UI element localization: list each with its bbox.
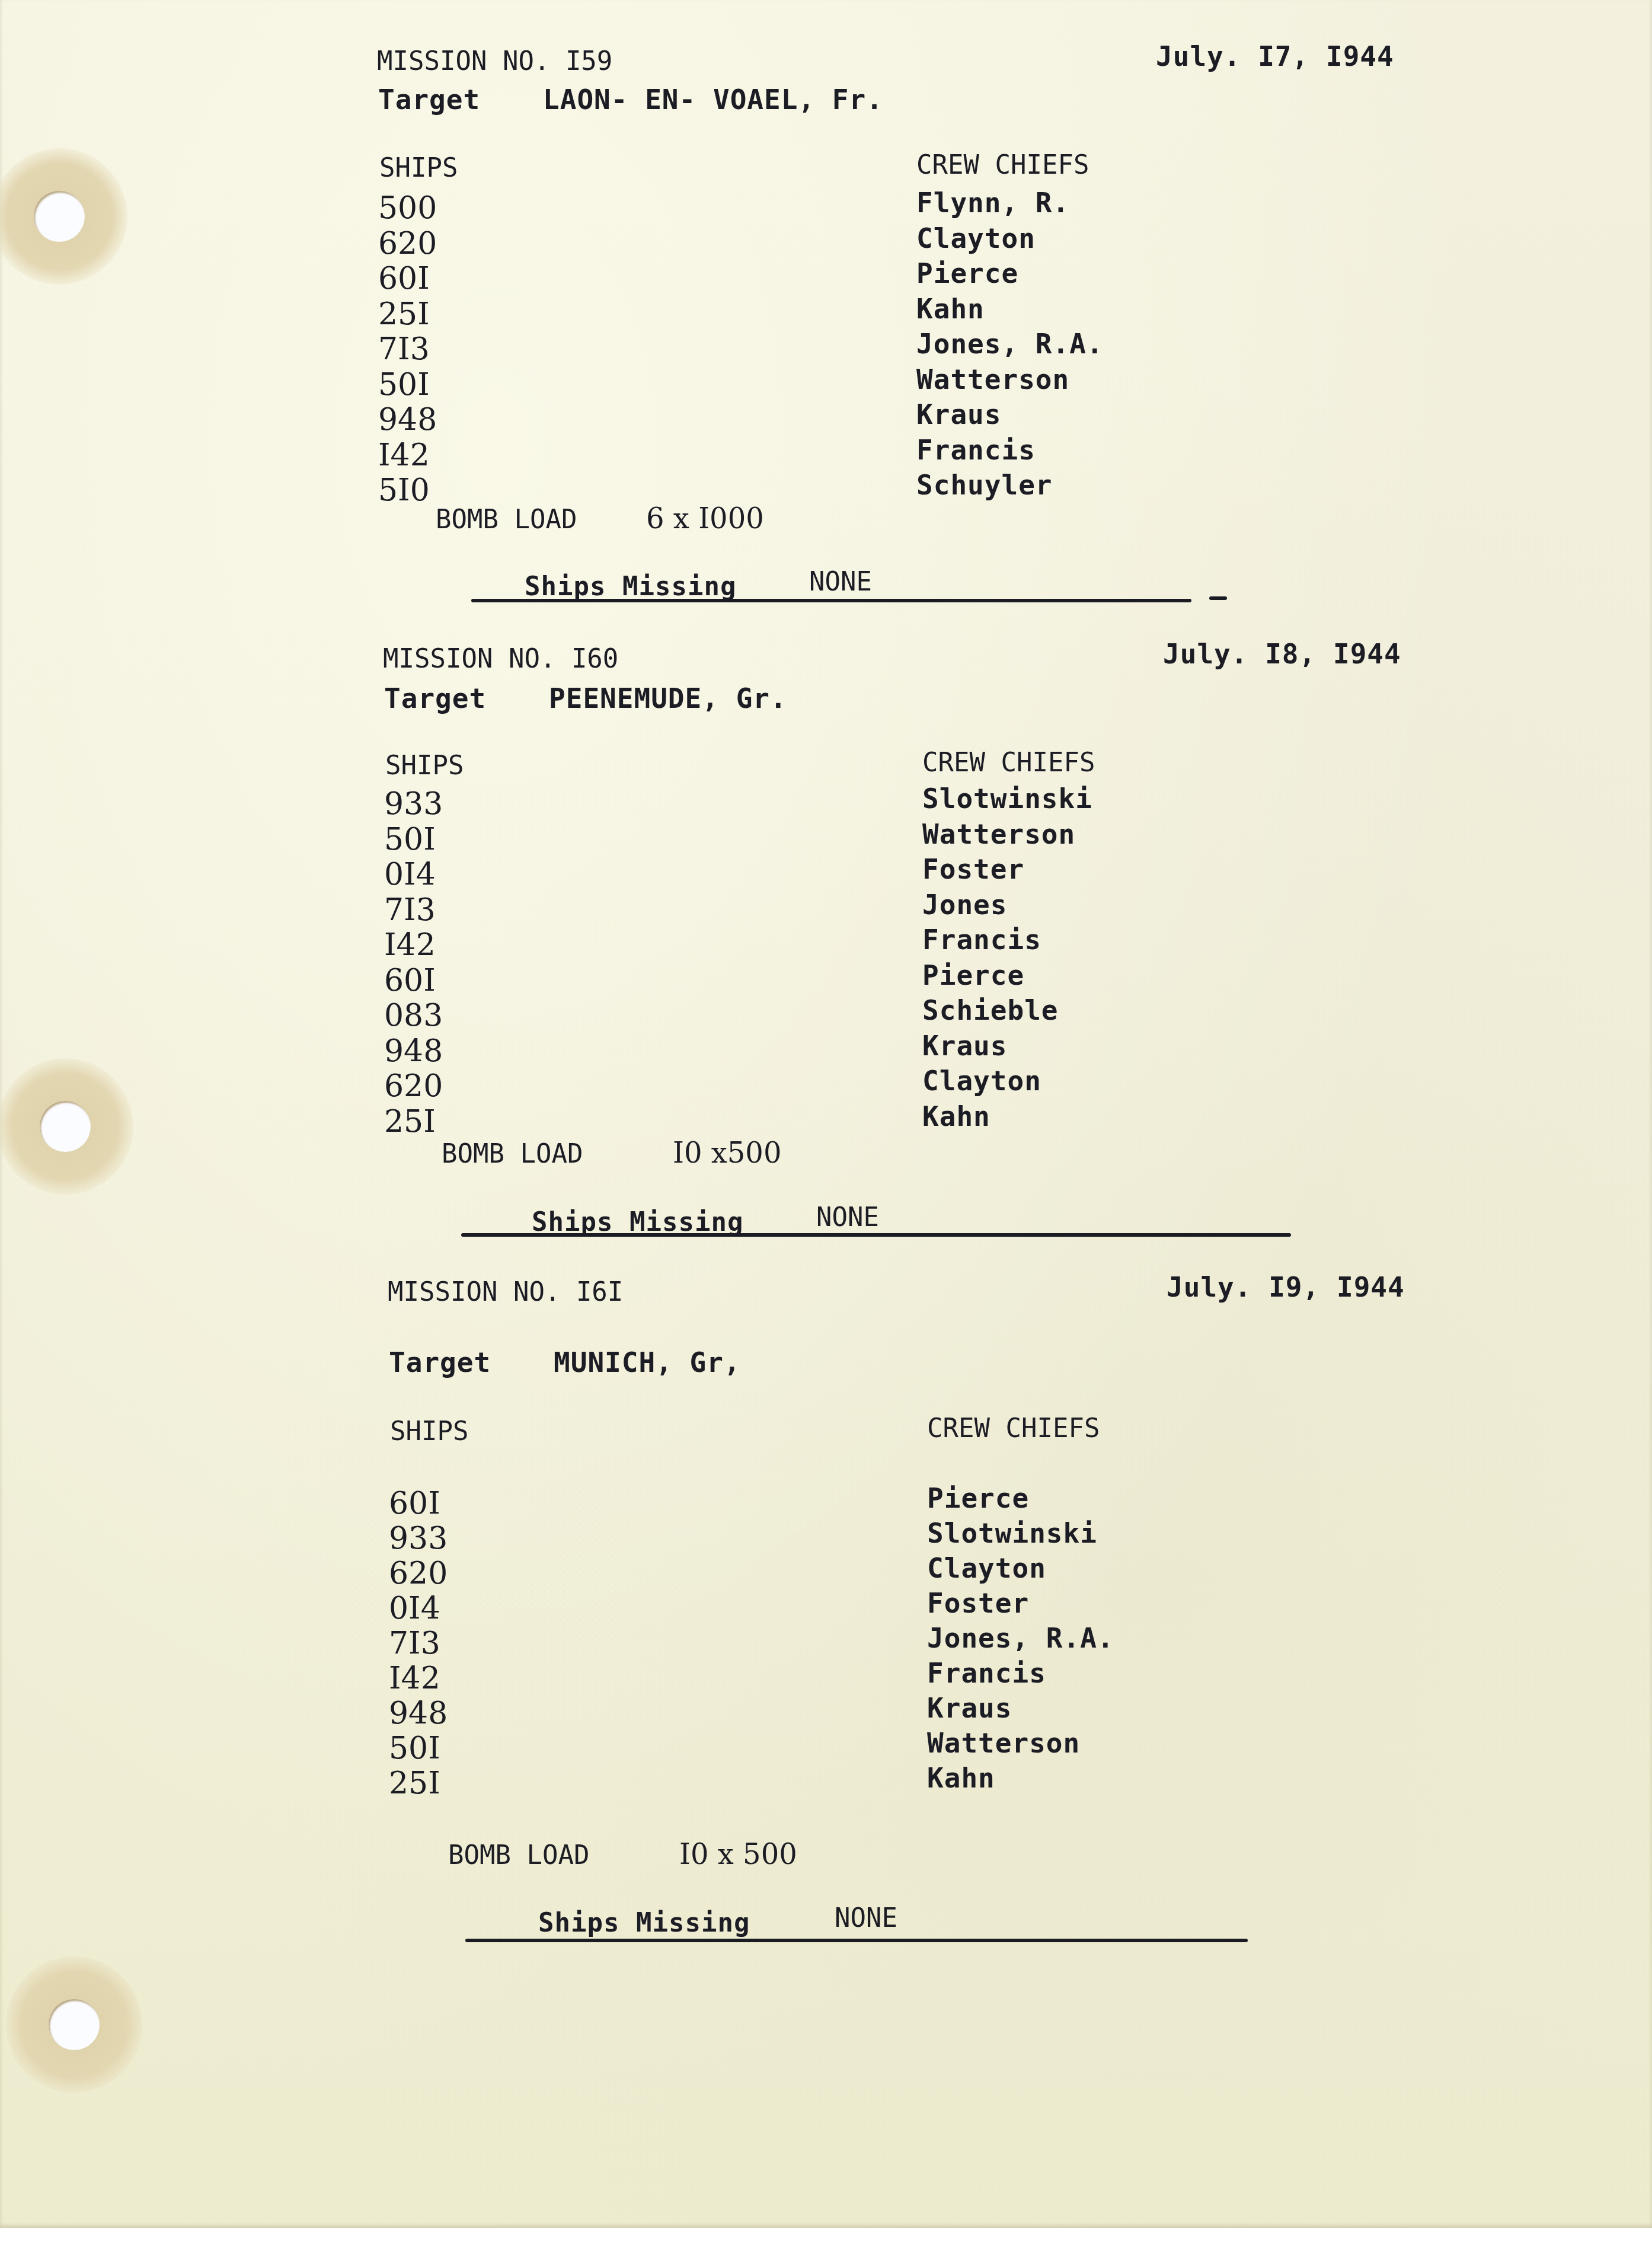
ship-number: 948	[378, 404, 437, 435]
ship-number: 25I	[378, 299, 430, 330]
ships-missing-value: NONE	[835, 1905, 897, 1932]
crew-chief-name: Watterson	[916, 366, 1069, 393]
bomb-load-label: BOMB LOAD	[448, 1843, 589, 1869]
target-label: Target	[378, 86, 480, 113]
ship-number: 948	[384, 1036, 443, 1067]
ship-number: 0I4	[384, 859, 436, 890]
target-label: Target	[384, 685, 486, 712]
punch-hole-icon	[40, 1101, 91, 1152]
crew-chief-name: Kraus	[922, 1032, 1007, 1059]
underline-dash	[1209, 596, 1227, 600]
ship-number: 0I4	[389, 1593, 440, 1624]
bomb-load-label: BOMB LOAD	[436, 507, 577, 533]
ship-number: 620	[389, 1558, 448, 1589]
ships-missing-label: Ships Missing	[538, 1910, 750, 1936]
ship-number: 933	[389, 1523, 448, 1554]
crew-chief-name: Slotwinski	[922, 785, 1092, 812]
crew-chief-name: Flynn, R.	[916, 189, 1069, 216]
mission-number: MISSION NO. I6I	[388, 1279, 623, 1305]
crew-chief-name: Francis	[927, 1659, 1046, 1687]
crew-chief-name: Schieble	[922, 997, 1059, 1024]
crew-chief-name: Kraus	[916, 401, 1001, 428]
crew-chief-name: Francis	[922, 926, 1041, 953]
ships-missing-label: Ships Missing	[532, 1209, 743, 1236]
bomb-load-value: I0 x 500	[679, 1840, 797, 1869]
mission-date: July. I9, I944	[1167, 1273, 1405, 1301]
crew-chiefs-column-header: CREW CHIEFS	[922, 750, 1095, 776]
crew-chief-name: Kahn	[922, 1103, 990, 1130]
ship-number: 50I	[378, 369, 430, 400]
binder-hole-bottom	[6, 1956, 142, 2093]
underline-rule	[465, 1939, 1248, 1942]
ship-number: 948	[389, 1698, 448, 1729]
crew-chiefs-column-header: CREW CHIEFS	[916, 152, 1089, 178]
ship-number: 7I3	[378, 334, 430, 365]
ship-number: 60I	[389, 1488, 440, 1519]
ship-number: 25I	[389, 1768, 440, 1799]
bomb-load-value: I0 x500	[673, 1139, 781, 1167]
crew-chief-name: Clayton	[916, 225, 1036, 252]
crew-chief-name: Jones, R.A.	[927, 1624, 1114, 1652]
bomb-load-label: BOMB LOAD	[442, 1141, 583, 1167]
ship-number: 7I3	[389, 1628, 440, 1659]
crew-chief-name: Foster	[922, 856, 1024, 883]
bomb-load-value: 6 x I000	[646, 505, 764, 533]
crew-chief-name: Jones, R.A.	[916, 330, 1104, 357]
target-label: Target	[389, 1349, 491, 1376]
crew-chief-name: Foster	[927, 1589, 1029, 1617]
target-value: MUNICH, Gr,	[554, 1349, 741, 1376]
ships-column-header: SHIPS	[390, 1419, 468, 1445]
binder-hole-top	[0, 148, 127, 285]
mission-date: July. I8, I944	[1163, 640, 1401, 668]
ships-column-header: SHIPS	[379, 155, 458, 181]
mission-number: MISSION NO. I59	[377, 49, 612, 75]
ship-number: 083	[384, 1000, 443, 1031]
ship-number: 620	[378, 228, 437, 259]
punch-hole-icon	[34, 191, 85, 242]
underline-rule	[471, 599, 1191, 602]
ship-number: I42	[389, 1663, 440, 1694]
crew-chiefs-column-header: CREW CHIEFS	[927, 1416, 1100, 1442]
ships-missing-label: Ships Missing	[525, 574, 736, 600]
ship-number: 500	[378, 193, 437, 224]
crew-chief-name: Clayton	[922, 1067, 1041, 1094]
crew-chief-name: Watterson	[922, 821, 1075, 848]
ship-number: 25I	[384, 1106, 436, 1137]
crew-chief-name: Francis	[916, 436, 1036, 464]
underline-rule	[461, 1233, 1291, 1237]
binder-hole-middle	[0, 1058, 133, 1195]
ship-number: I42	[384, 930, 436, 960]
mission-date: July. I7, I944	[1156, 43, 1394, 70]
crew-chief-name: Watterson	[927, 1729, 1080, 1757]
crew-chief-name: Kahn	[927, 1764, 995, 1792]
ship-number: I42	[378, 440, 430, 471]
ship-number: 60I	[378, 263, 430, 294]
crew-chief-name: Pierce	[916, 260, 1018, 287]
ships-missing-value: NONE	[809, 569, 872, 595]
punch-hole-icon	[49, 1999, 100, 2050]
crew-chief-name: Schuyler	[916, 471, 1053, 499]
crew-chief-name: Jones	[922, 891, 1007, 918]
ship-number: 7I3	[384, 895, 436, 925]
crew-chief-name: Clayton	[927, 1554, 1046, 1582]
ship-number: 60I	[384, 965, 436, 996]
crew-chief-name: Kahn	[916, 295, 985, 323]
target-value: LAON- EN- VOAEL, Fr.	[543, 86, 883, 113]
target-value: PEENEMUDE, Gr.	[549, 685, 787, 712]
crew-chief-name: Kraus	[927, 1694, 1012, 1722]
ship-number: 5I0	[378, 475, 430, 506]
ship-number: 620	[384, 1071, 443, 1102]
ships-column-header: SHIPS	[385, 753, 464, 779]
ship-number: 933	[384, 789, 443, 819]
crew-chief-name: Slotwinski	[927, 1520, 1097, 1547]
typed-document-page: MISSION NO. I59July. I7, I944TargetLAON-…	[0, 0, 1652, 2228]
crew-chief-name: Pierce	[927, 1485, 1029, 1512]
mission-number: MISSION NO. I60	[383, 646, 618, 672]
ship-number: 50I	[389, 1733, 440, 1764]
ship-number: 50I	[384, 824, 436, 855]
crew-chief-name: Pierce	[922, 962, 1024, 989]
ships-missing-value: NONE	[816, 1205, 879, 1231]
